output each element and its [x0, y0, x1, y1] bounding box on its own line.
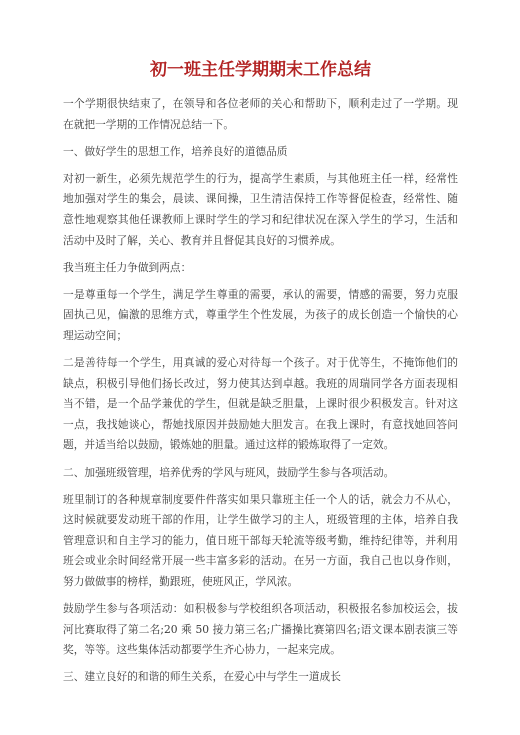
section-2-paragraph-1: 班里制订的各种规章制度要件件落实如果只靠班主任一个人的话，就会力不从心，这时候就…: [63, 490, 458, 593]
section-2-heading: 二、加强班级管理，培养优秀的学风与班风，鼓励学生参与各项活动。: [63, 463, 458, 484]
section-1-paragraph-2: 我当班主任力争做到两点：: [63, 258, 458, 279]
section-1-heading: 一、做好学生的思想工作，培养良好的道德品质: [63, 142, 458, 163]
section-1-paragraph-3: 一是尊重每一个学生，满足学生尊重的需要，承认的需要，情感的需要，努力克服固执己见…: [63, 285, 458, 347]
section-2-paragraph-2: 鼓励学生参与各项活动：如积极参与学校组织各项活动，积极报名参加校运会，拔河比赛取…: [63, 599, 458, 661]
document-page: 初一班主任学期期末工作总结 一个学期很快结束了，在领导和各位老师的关心和帮助下，…: [0, 0, 520, 735]
document-title: 初一班主任学期期末工作总结: [63, 57, 458, 83]
intro-paragraph: 一个学期很快结束了，在领导和各位老师的关心和帮助下，顺利走过了一学期。现在就把一…: [63, 94, 458, 135]
section-1-paragraph-4: 二是善待每一个学生，用真诚的爱心对待每一个孩子。对于优等生，不掩饰他们的缺点，积…: [63, 353, 458, 456]
section-3-heading: 三、建立良好的和谐的师生关系，在爱心中与学生一道成长: [63, 667, 458, 688]
section-1-paragraph-1: 对初一新生，必须先规范学生的行为，提高学生素质，与其他班主任一样，经常性地加强对…: [63, 169, 458, 251]
